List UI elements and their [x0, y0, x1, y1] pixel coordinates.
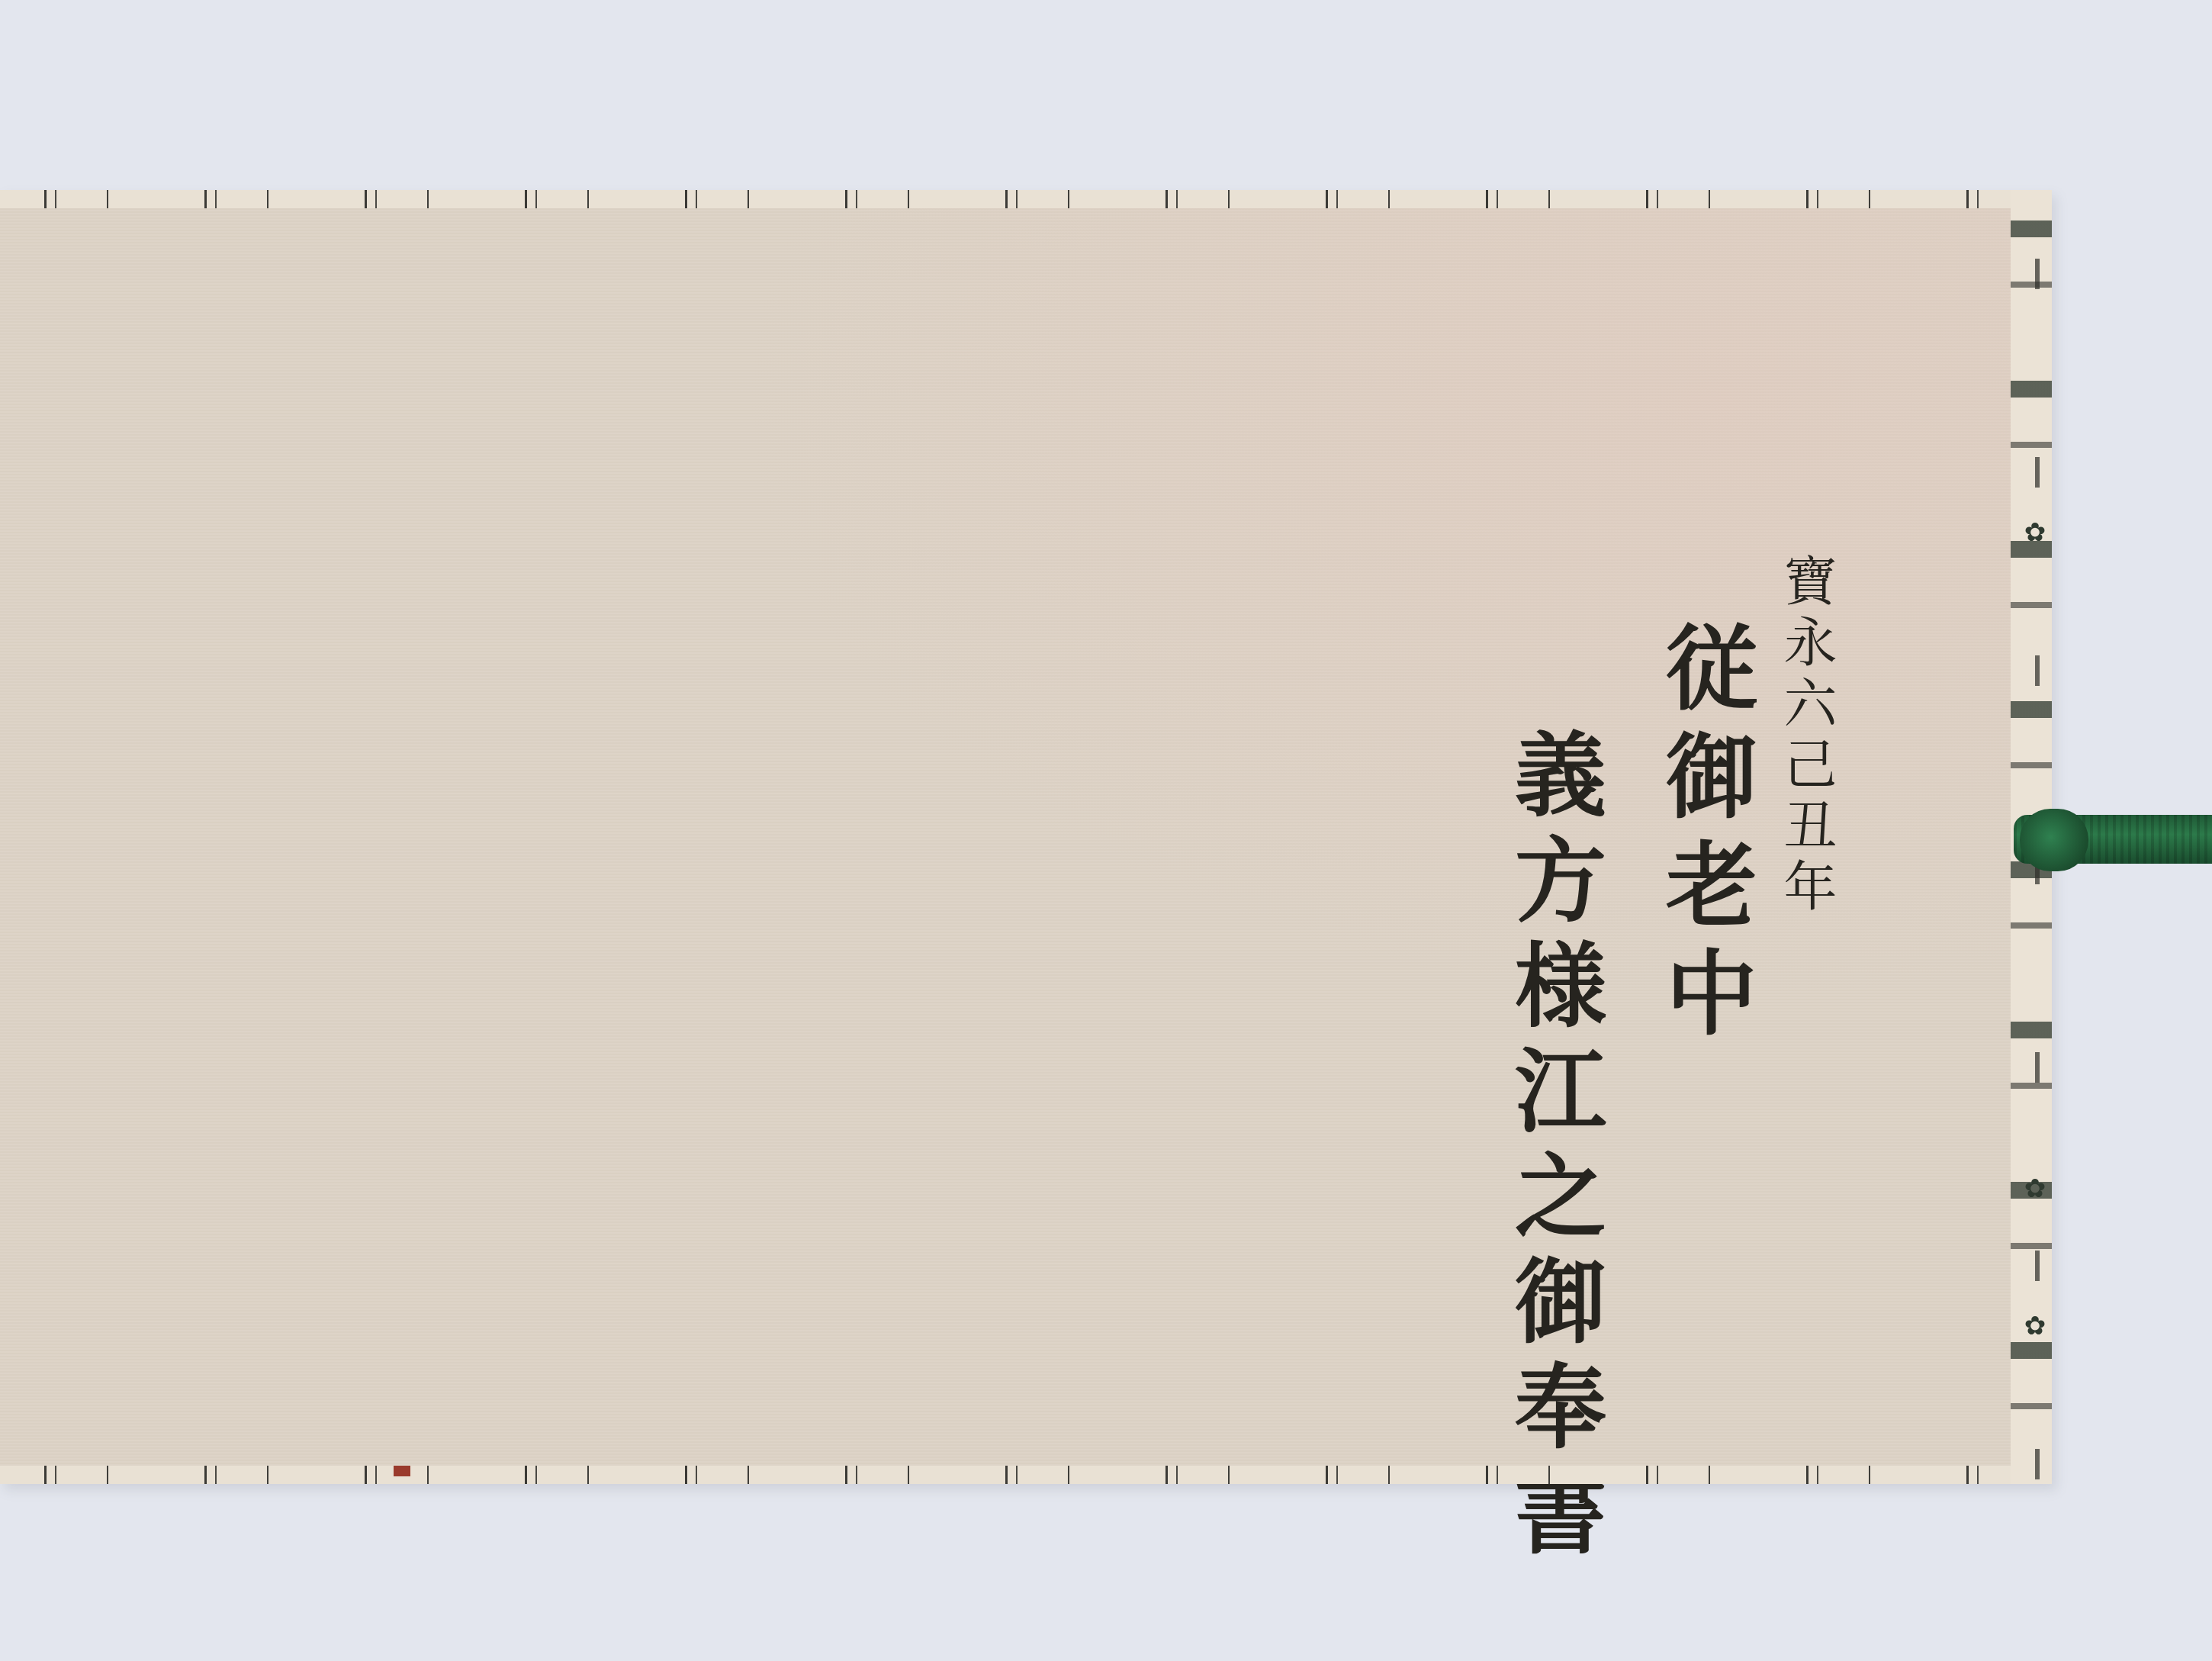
flower-icon: ✿: [2021, 1312, 2049, 1340]
inscription-date: 寶永六己丑年: [1768, 553, 1845, 919]
flower-icon: ✿: [2021, 519, 2049, 546]
inscription-recipient-title: 義方様江之御奉書: [1487, 727, 1619, 1569]
red-fabric-mark: [394, 1466, 410, 1476]
top-fabric-border: [0, 190, 2014, 208]
inscription-sender: 従御老中: [1638, 620, 1770, 1054]
flower-icon: ✿: [2021, 1175, 2049, 1202]
scroll-paper: 寶永六己丑年 従御老中 義方様江之御奉書: [0, 208, 2012, 1466]
bottom-fabric-border: [0, 1466, 2014, 1484]
cord-knot: [2020, 809, 2088, 871]
handscroll: 寶永六己丑年 従御老中 義方様江之御奉書: [0, 190, 2052, 1484]
